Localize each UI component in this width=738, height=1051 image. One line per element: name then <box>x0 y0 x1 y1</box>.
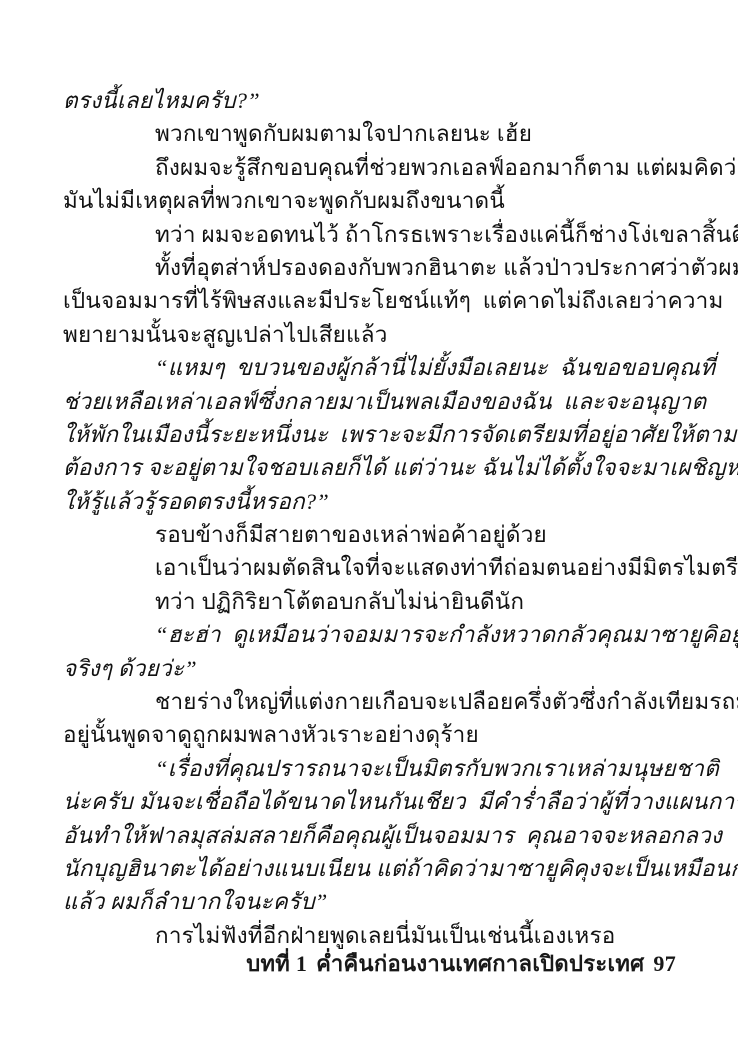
text-line: ช่วยเหลือเหล่าเอลฟ์ซึ่งกลายมาเป็นพลเมือง… <box>63 385 677 418</box>
text-line: ให้รู้แล้วรู้รอดตรงนี้หรอก?” <box>63 485 677 518</box>
text-line: เอาเป็นว่าผมตัดสินใจที่จะแสดงท่าทีถ่อมตน… <box>63 551 677 584</box>
text-line: เป็นจอมมารที่ไร้พิษสงและมีประโยชน์แท้ๆ แ… <box>63 284 677 317</box>
text-line: “ฮะฮ่า ดูเหมือนว่าจอมมารจะกำลังหวาดกลัวค… <box>63 618 677 651</box>
text-line: อยู่นั้นพูดจาดูถูกผมพลางหัวเราะอย่างดุร้… <box>63 718 677 751</box>
text-line: มันไม่มีเหตุผลที่พวกเขาจะพูดกับผมถึงขนาด… <box>63 184 677 217</box>
text-line: ถึงผมจะรู้สึกขอบคุณที่ช่วยพวกเอลฟ์ออกมาก… <box>63 151 677 184</box>
text-line: ทว่า ผมจะอดทนไว้ ถ้าโกรธเพราะเรื่องแค่นี… <box>63 218 677 251</box>
text-line: ให้พักในเมืองนี้ระยะหนึ่งนะ เพราะจะมีการ… <box>63 418 677 451</box>
text-line: ทว่า ปฏิกิริยาโต้ตอบกลับไม่น่ายินดีนัก <box>63 585 677 618</box>
page-footer: บทที่ 1 ค่ำคืนก่อนงานเทศกาลเปิดประเทศ 97 <box>246 948 676 980</box>
text-line: รอบข้างก็มีสายตาของเหล่าพ่อค้าอยู่ด้วย <box>63 518 677 551</box>
text-line: “เรื่องที่คุณปรารถนาจะเป็นมิตรกับพวกเราเ… <box>63 752 677 785</box>
text-line: “แหมๆ ขบวนของผู้กล้านี่ไม่ยั้งมือเลยนะ ฉ… <box>63 351 677 384</box>
text-line: จริงๆ ด้วยว่ะ” <box>63 652 677 685</box>
text-line: น่ะครับ มันจะเชื่อถือได้ขนาดไหนกันเชียว … <box>63 785 677 818</box>
text-line: นักบุญฮินาตะได้อย่างแนบเนียน แต่ถ้าคิดว่… <box>63 852 677 885</box>
chapter-title: ค่ำคืนก่อนงานเทศกาลเปิดประเทศ <box>316 948 644 980</box>
text-line: พวกเขาพูดกับผมตามใจปากเลยนะ เฮ้ย <box>63 117 677 150</box>
chapter-label: บทที่ 1 <box>246 948 307 980</box>
text-line: แล้ว ผมก็ลำบากใจนะครับ” <box>63 885 677 918</box>
text-block: ตรงนี้เลยไหมครับ?”พวกเขาพูดกับผมตามใจปาก… <box>63 84 677 952</box>
text-line: ทั้งที่อุตส่าห์ปรองดองกับพวกฮินาตะ แล้วป… <box>63 251 677 284</box>
text-line: ตรงนี้เลยไหมครับ?” <box>63 84 677 117</box>
text-line: ต้องการ จะอยู่ตามใจชอบเลยก็ได้ แต่ว่านะ … <box>63 451 677 484</box>
text-line: พยายามนั้นจะสูญเปล่าไปเสียแล้ว <box>63 318 677 351</box>
text-line: อันทำให้ฟาลมุสล่มสลายก็คือคุณผู้เป็นจอมม… <box>63 819 677 852</box>
page-number: 97 <box>653 948 676 980</box>
book-page: ตรงนี้เลยไหมครับ?”พวกเขาพูดกับผมตามใจปาก… <box>0 0 738 1051</box>
text-line: ชายร่างใหญ่ที่แต่งกายเกือบจะเปลือยครึ่งต… <box>63 685 677 718</box>
